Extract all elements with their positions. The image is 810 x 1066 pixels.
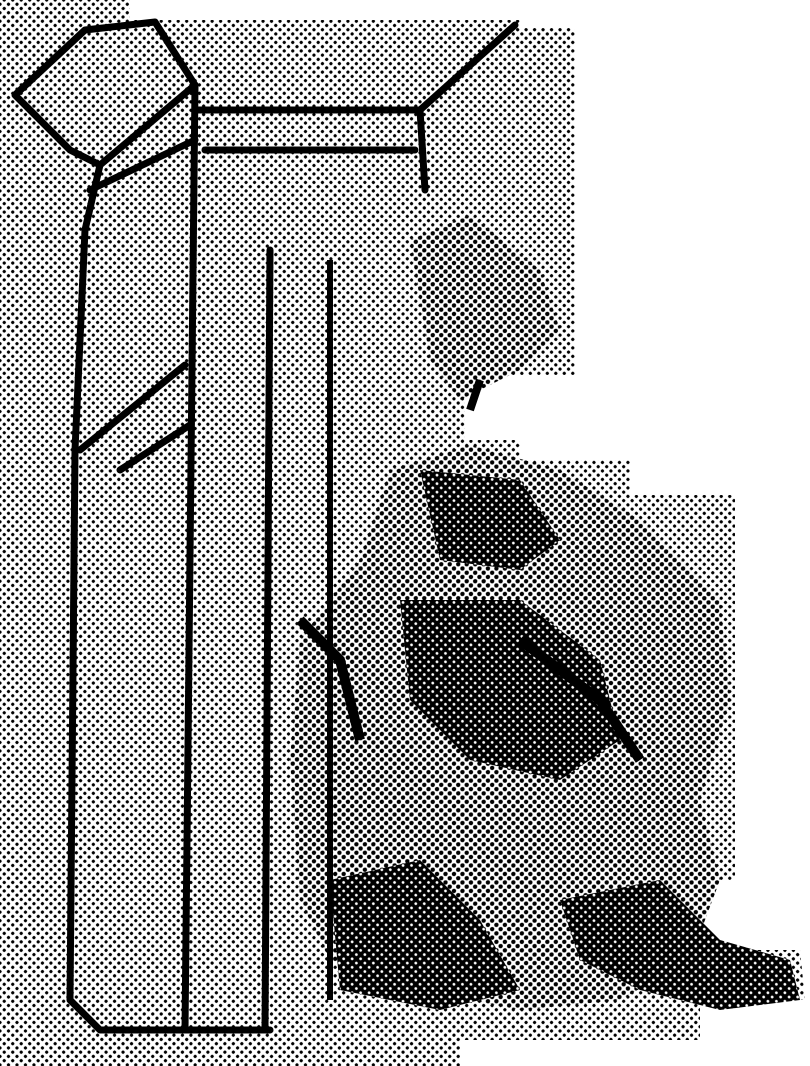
halftone-illustration [0, 0, 810, 1066]
